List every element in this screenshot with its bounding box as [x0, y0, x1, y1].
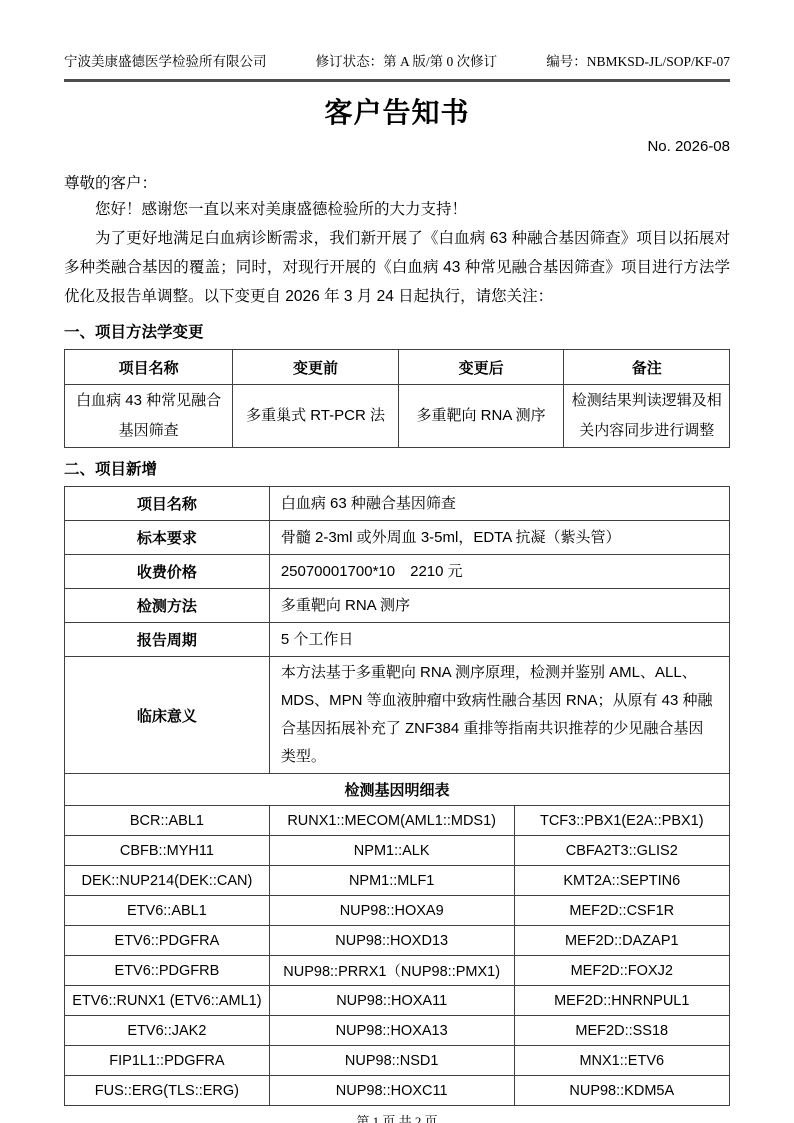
gene-row: ETV6::JAK2 NUP98::HOXA13 MEF2D::SS18	[65, 1016, 730, 1046]
gene-cell: ETV6::RUNX1 (ETV6::AML1)	[65, 986, 270, 1016]
col-header-before-change: 变更前	[233, 350, 399, 385]
info-label-clinical-significance: 临床意义	[65, 657, 270, 774]
notice-number: No. 2026-08	[64, 137, 730, 157]
gene-cell: NUP98::HOXA11	[269, 986, 514, 1016]
info-label-project-name: 项目名称	[65, 487, 270, 521]
info-value-price: 25070001700*10 2210 元	[269, 555, 729, 589]
info-value-specimen: 骨髓 2-3ml 或外周血 3-5ml，EDTA 抗凝（紫头管）	[269, 521, 729, 555]
info-row: 检测方法 多重靶向 RNA 测序	[65, 589, 730, 623]
gene-cell: MNX1::ETV6	[514, 1046, 729, 1076]
cell-after-change: 多重靶向 RNA 测序	[398, 385, 564, 448]
gene-row: FUS::ERG(TLS::ERG) NUP98::HOXC11 NUP98::…	[65, 1076, 730, 1106]
table-header-row: 项目名称 变更前 变更后 备注	[65, 350, 730, 385]
gene-cell: DEK::NUP214(DEK::CAN)	[65, 866, 270, 896]
gene-cell: CBFB::MYH11	[65, 836, 270, 866]
gene-cell: ETV6::PDGFRB	[65, 956, 270, 986]
gene-cell: FUS::ERG(TLS::ERG)	[65, 1076, 270, 1106]
cell-before-change: 多重巢式 RT-PCR 法	[233, 385, 399, 448]
header-doc-number: 编号：NBMKSD-JL/SOP/KF-07	[546, 50, 730, 70]
info-label-method: 检测方法	[65, 589, 270, 623]
gene-cell: NPM1::ALK	[269, 836, 514, 866]
gene-cell: CBFA2T3::GLIS2	[514, 836, 729, 866]
gene-cell: NUP98::PRRX1（NUP98::PMX1)	[269, 956, 514, 986]
gene-table-title: 检测基因明细表	[65, 774, 730, 806]
gene-cell: NUP98::KDM5A	[514, 1076, 729, 1106]
gene-cell: KMT2A::SEPTIN6	[514, 866, 729, 896]
gene-cell: ETV6::ABL1	[65, 896, 270, 926]
gene-cell: NUP98::HOXC11	[269, 1076, 514, 1106]
cell-remark: 检测结果判读逻辑及相关内容同步进行调整	[564, 385, 730, 448]
gene-cell: ETV6::PDGFRA	[65, 926, 270, 956]
section1-heading: 一、项目方法学变更	[64, 322, 730, 344]
col-header-after-change: 变更后	[398, 350, 564, 385]
header-revision-status: 修订状态：第 A 版/第 0 次修订	[316, 50, 498, 70]
gene-row: BCR::ABL1 RUNX1::MECOM(AML1::MDS1) TCF3:…	[65, 806, 730, 836]
paragraph-greeting: 您好！感谢您一直以来对美康盛德检验所的大力支持！	[64, 195, 730, 224]
gene-row: ETV6::RUNX1 (ETV6::AML1) NUP98::HOXA11 M…	[65, 986, 730, 1016]
gene-row: ETV6::PDGFRB NUP98::PRRX1（NUP98::PMX1) M…	[65, 956, 730, 986]
paragraph-intro: 为了更好地满足白血病诊断需求，我们新开展了《白血病 63 种融合基因筛查》项目以…	[64, 224, 730, 311]
cell-project-name: 白血病 43 种常见融合基因筛查	[65, 385, 233, 448]
info-row: 报告周期 5 个工作日	[65, 623, 730, 657]
gene-cell: FIP1L1::PDGFRA	[65, 1046, 270, 1076]
info-label-turnaround: 报告周期	[65, 623, 270, 657]
header-company: 宁波美康盛德医学检验所有限公司	[64, 50, 267, 70]
info-row: 收费价格 25070001700*10 2210 元	[65, 555, 730, 589]
page-title: 客户告知书	[64, 95, 730, 131]
gene-cell: NUP98::HOXA9	[269, 896, 514, 926]
info-label-specimen: 标本要求	[65, 521, 270, 555]
info-row: 标本要求 骨髓 2-3ml 或外周血 3-5ml，EDTA 抗凝（紫头管）	[65, 521, 730, 555]
gene-cell: RUNX1::MECOM(AML1::MDS1)	[269, 806, 514, 836]
info-label-price: 收费价格	[65, 555, 270, 589]
info-value-project-name: 白血病 63 种融合基因筛查	[269, 487, 729, 521]
gene-cell: NPM1::MLF1	[269, 866, 514, 896]
gene-cell: NUP98::HOXA13	[269, 1016, 514, 1046]
col-header-project-name: 项目名称	[65, 350, 233, 385]
info-row: 项目名称 白血病 63 种融合基因筛查	[65, 487, 730, 521]
gene-cell: MEF2D::HNRNPUL1	[514, 986, 729, 1016]
gene-cell: MEF2D::DAZAP1	[514, 926, 729, 956]
page-footer: 第 1 页 共 2 页	[64, 1113, 730, 1123]
method-change-table: 项目名称 变更前 变更后 备注 白血病 43 种常见融合基因筛查 多重巢式 RT…	[64, 349, 730, 448]
salutation: 尊敬的客户：	[64, 173, 730, 195]
info-value-turnaround: 5 个工作日	[269, 623, 729, 657]
gene-cell: MEF2D::FOXJ2	[514, 956, 729, 986]
document-header: 宁波美康盛德医学检验所有限公司 修订状态：第 A 版/第 0 次修订 编号：NB…	[64, 50, 730, 82]
gene-cell: NUP98::NSD1	[269, 1046, 514, 1076]
gene-cell: TCF3::PBX1(E2A::PBX1)	[514, 806, 729, 836]
gene-cell: NUP98::HOXD13	[269, 926, 514, 956]
info-value-method: 多重靶向 RNA 测序	[269, 589, 729, 623]
gene-row: DEK::NUP214(DEK::CAN) NPM1::MLF1 KMT2A::…	[65, 866, 730, 896]
gene-cell: MEF2D::CSF1R	[514, 896, 729, 926]
gene-row: FIP1L1::PDGFRA NUP98::NSD1 MNX1::ETV6	[65, 1046, 730, 1076]
gene-row: CBFB::MYH11 NPM1::ALK CBFA2T3::GLIS2	[65, 836, 730, 866]
gene-cell: MEF2D::SS18	[514, 1016, 729, 1046]
col-header-remark: 备注	[564, 350, 730, 385]
document-page: 宁波美康盛德医学检验所有限公司 修订状态：第 A 版/第 0 次修订 编号：NB…	[0, 0, 794, 1123]
info-row: 临床意义 本方法基于多重靶向 RNA 测序原理，检测并鉴别 AML、ALL、MD…	[65, 657, 730, 774]
new-project-table: 项目名称 白血病 63 种融合基因筛查 标本要求 骨髓 2-3ml 或外周血 3…	[64, 486, 730, 1106]
table-row: 白血病 43 种常见融合基因筛查 多重巢式 RT-PCR 法 多重靶向 RNA …	[65, 385, 730, 448]
gene-row: ETV6::ABL1 NUP98::HOXA9 MEF2D::CSF1R	[65, 896, 730, 926]
gene-table-title-row: 检测基因明细表	[65, 774, 730, 806]
section2-heading: 二、项目新增	[64, 459, 730, 481]
gene-cell: BCR::ABL1	[65, 806, 270, 836]
gene-cell: ETV6::JAK2	[65, 1016, 270, 1046]
info-value-clinical-significance: 本方法基于多重靶向 RNA 测序原理，检测并鉴别 AML、ALL、MDS、MPN…	[269, 657, 729, 774]
gene-row: ETV6::PDGFRA NUP98::HOXD13 MEF2D::DAZAP1	[65, 926, 730, 956]
